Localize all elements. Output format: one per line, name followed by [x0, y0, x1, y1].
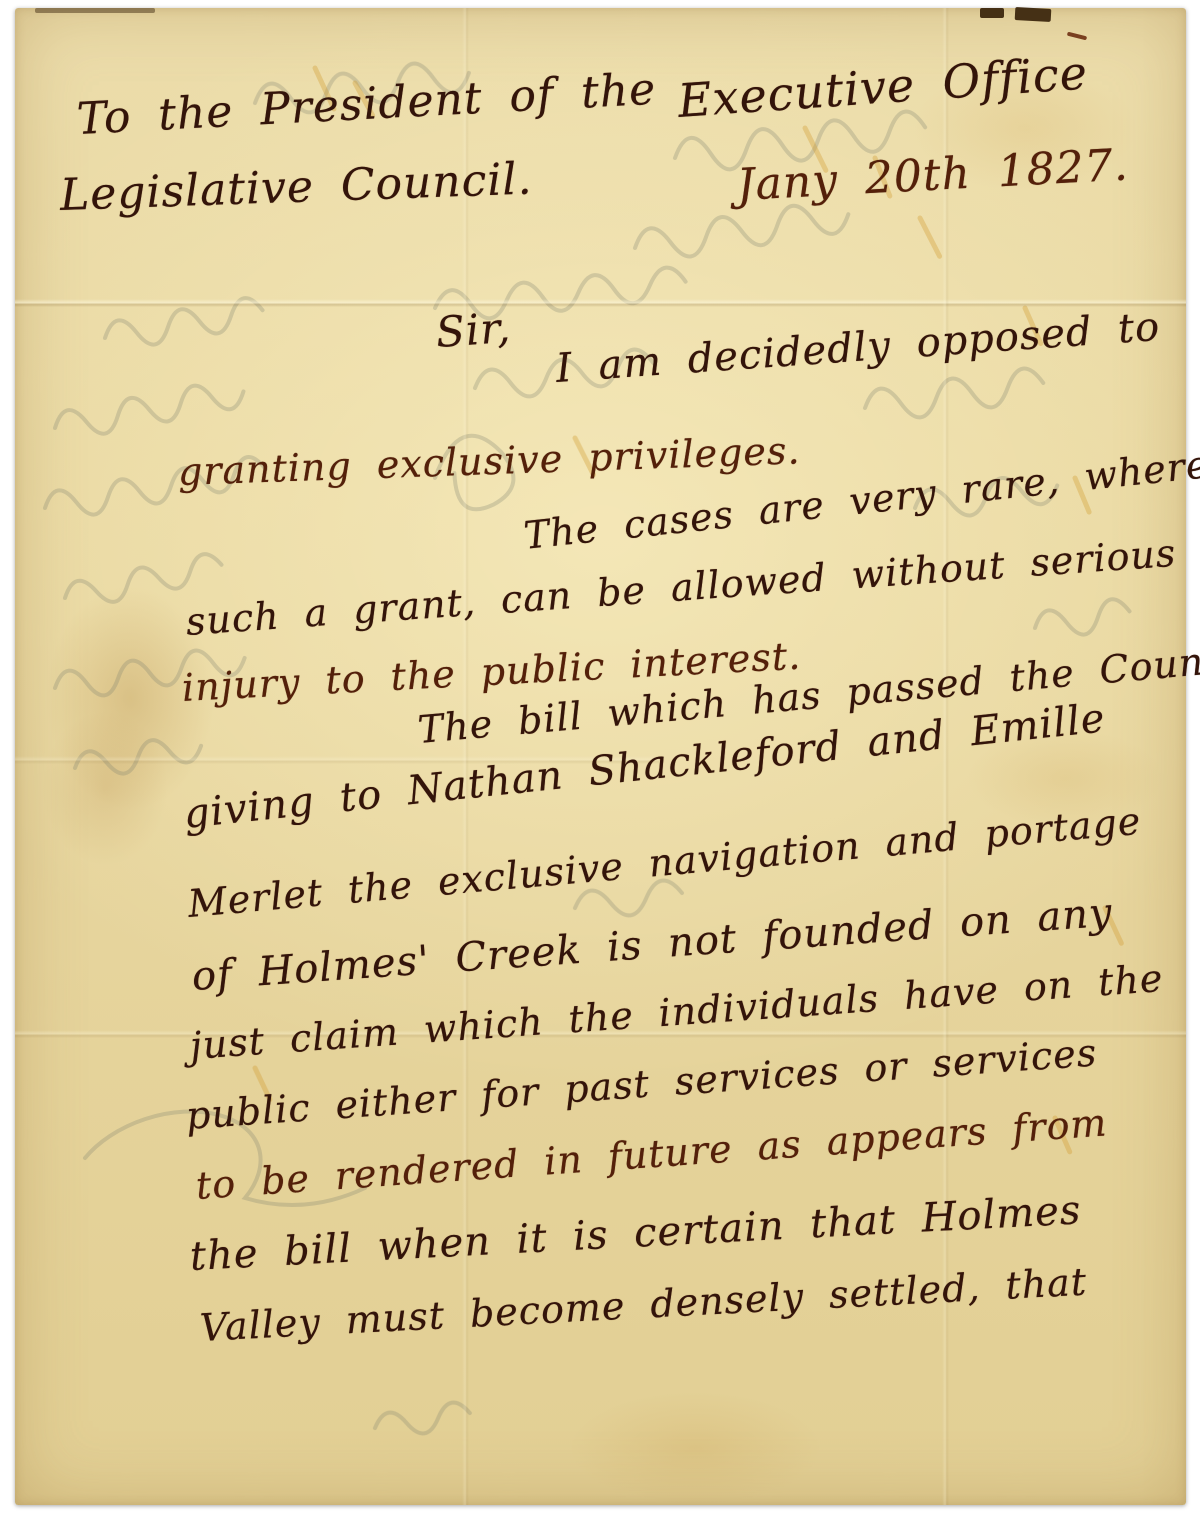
body-line: I am decidedly opposed to	[554, 304, 1161, 392]
body-line: Valley must become densely settled, that	[199, 1260, 1088, 1350]
edge-mark	[980, 8, 1004, 18]
dateline-office: Executive Office	[676, 45, 1089, 128]
fold-crease-vertical	[462, 8, 469, 1505]
edge-mark	[35, 8, 155, 13]
body-line: granting exclusive privileges.	[177, 428, 801, 494]
paper: To the President of the Legislative Coun…	[15, 8, 1186, 1505]
dateline-date: Jany 20th 1827.	[736, 140, 1130, 211]
salutation: Sir,	[434, 303, 512, 357]
edge-mark	[1015, 7, 1052, 22]
letter-scan-page: { "document": { "kind": "handwritten-let…	[0, 0, 1200, 1521]
address-line: To the President of the	[76, 64, 658, 145]
body-line: such a grant, can be allowed without ser…	[184, 531, 1177, 644]
address-line: Legislative Council.	[59, 154, 533, 221]
fold-crease-horizontal	[15, 299, 1186, 307]
edge-mark	[1067, 32, 1087, 41]
